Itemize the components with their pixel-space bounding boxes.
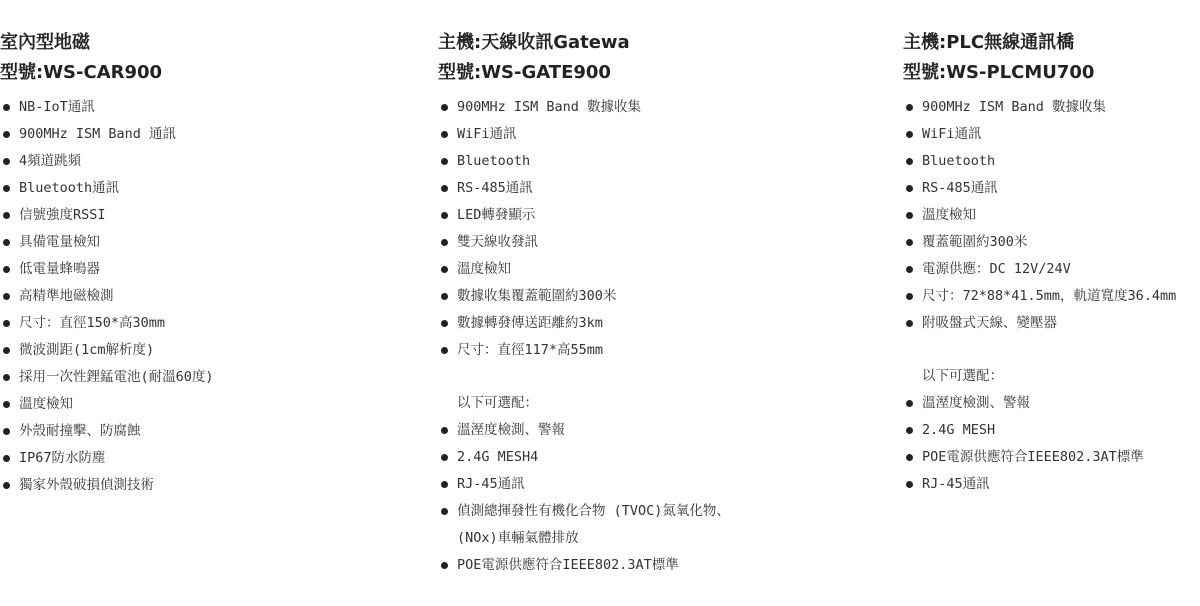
feature-text: 900MHz ISM Band 數據收集 <box>457 99 641 115</box>
product-model: 型號:WS-GATE900 <box>438 58 730 88</box>
feature-text: 信號強度RSSI <box>19 207 106 223</box>
feature-item: RS-485通訊 <box>438 175 730 202</box>
product-title: 主機:天線收訊Gatewa <box>438 28 730 58</box>
feature-text: 溫度檢知 <box>922 207 976 223</box>
bullet-icon <box>3 482 10 489</box>
feature-text: IP67防水防塵 <box>19 450 106 466</box>
bullet-icon <box>441 239 448 246</box>
optional-list: 溫溼度檢測、警報 2.4G MESH4 RJ-45通訊 偵測總揮發性有機化合物 … <box>438 417 730 579</box>
bullet-icon <box>441 454 448 461</box>
optional-text: 2.4G MESH <box>922 422 995 438</box>
feature-item: Bluetooth <box>903 148 1176 175</box>
feature-text: 數據轉發傳送距離約3km <box>457 315 603 331</box>
feature-item: 低電量蜂鳴器 <box>0 256 214 283</box>
feature-item: 尺寸：直徑117*高55mm <box>438 337 730 364</box>
bullet-icon <box>441 508 448 515</box>
bullet-icon <box>441 266 448 273</box>
bullet-icon <box>3 104 10 111</box>
bullet-icon <box>441 293 448 300</box>
feature-text: 900MHz ISM Band 數據收集 <box>922 99 1106 115</box>
feature-text: WiFi通訊 <box>922 126 982 142</box>
optional-text: RJ-45通訊 <box>922 476 990 492</box>
bullet-icon <box>441 427 448 434</box>
feature-item: 微波測距(1cm解析度) <box>0 337 214 364</box>
feature-item: 尺寸：直徑150*高30mm <box>0 310 214 337</box>
bullet-icon <box>441 104 448 111</box>
feature-item: LED轉發顯示 <box>438 202 730 229</box>
feature-item: 採用一次性鋰錳電池(耐溫60度) <box>0 364 214 391</box>
feature-item: 溫度檢知 <box>438 256 730 283</box>
optional-text: 溫溼度檢測、警報 <box>922 395 1030 411</box>
feature-text: RS-485通訊 <box>922 180 998 196</box>
feature-text: 溫度檢知 <box>19 396 73 412</box>
feature-item: 具備電量檢知 <box>0 229 214 256</box>
feature-text: Bluetooth通訊 <box>19 180 119 196</box>
product-model: 型號:WS-CAR900 <box>0 58 214 88</box>
feature-text: LED轉發顯示 <box>457 207 535 223</box>
bullet-icon <box>3 401 10 408</box>
bullet-icon <box>906 293 913 300</box>
optional-item: 2.4G MESH <box>903 417 1176 444</box>
optional-list: 溫溼度檢測、警報 2.4G MESH POE電源供應符合IEEE802.3AT標… <box>903 390 1176 498</box>
feature-item: WiFi通訊 <box>903 121 1176 148</box>
feature-list: NB-IoT通訊 900MHz ISM Band 通訊 4頻道跳頻 Blueto… <box>0 94 214 499</box>
feature-item: 附吸盤式天線、變壓器 <box>903 310 1176 337</box>
feature-item: Bluetooth通訊 <box>0 175 214 202</box>
bullet-icon <box>3 347 10 354</box>
bullet-icon <box>3 428 10 435</box>
feature-item: 獨家外殼破損偵測技術 <box>0 472 214 499</box>
feature-item: 溫度檢知 <box>0 391 214 418</box>
bullet-icon <box>441 481 448 488</box>
feature-item: 尺寸：72*88*41.5mm，軌道寬度36.4mm <box>903 283 1176 310</box>
bullet-icon <box>441 562 448 569</box>
product-title: 室內型地磁 <box>0 28 214 58</box>
feature-item: 溫度檢知 <box>903 202 1176 229</box>
feature-text: 數據收集覆蓋範圍約300米 <box>457 288 616 304</box>
feature-item: 數據收集覆蓋範圍約300米 <box>438 283 730 310</box>
bullet-icon <box>3 293 10 300</box>
bullet-icon <box>441 212 448 219</box>
product-model: 型號:WS-PLCMU700 <box>903 58 1176 88</box>
optional-text: POE電源供應符合IEEE802.3AT標準 <box>457 557 679 573</box>
feature-text: 尺寸：直徑117*高55mm <box>457 342 603 358</box>
feature-item: 數據轉發傳送距離約3km <box>438 310 730 337</box>
feature-item: 900MHz ISM Band 數據收集 <box>903 94 1176 121</box>
feature-text: Bluetooth <box>922 153 995 169</box>
bullet-icon <box>906 320 913 327</box>
optional-text-line-2: (NOx)車輛氣體排放 <box>457 525 730 552</box>
feature-item: 雙天線收發訊 <box>438 229 730 256</box>
bullet-icon <box>3 131 10 138</box>
product-column-plcmu700: 主機:PLC無線通訊橋 型號:WS-PLCMU700 900MHz ISM Ba… <box>903 28 1176 498</box>
feature-text: 附吸盤式天線、變壓器 <box>922 315 1057 331</box>
feature-text: WiFi通訊 <box>457 126 517 142</box>
optional-label: 以下可選配： <box>438 390 730 417</box>
spacer <box>903 337 1176 363</box>
bullet-icon <box>441 320 448 327</box>
feature-text: 尺寸：直徑150*高30mm <box>19 315 165 331</box>
bullet-icon <box>3 185 10 192</box>
feature-item: RS-485通訊 <box>903 175 1176 202</box>
optional-label: 以下可選配： <box>903 363 1176 390</box>
feature-item: 900MHz ISM Band 通訊 <box>0 121 214 148</box>
optional-item: 偵測總揮發性有機化合物 (TVOC)氮氧化物、(NOx)車輛氣體排放 <box>438 498 730 552</box>
bullet-icon <box>906 185 913 192</box>
feature-text: 雙天線收發訊 <box>457 234 538 250</box>
optional-text: 溫溼度檢測、警報 <box>457 422 565 438</box>
feature-text: 獨家外殼破損偵測技術 <box>19 477 154 493</box>
feature-text: 尺寸：72*88*41.5mm，軌道寬度36.4mm <box>922 288 1176 304</box>
bullet-icon <box>441 347 448 354</box>
optional-item: RJ-45通訊 <box>438 471 730 498</box>
bullet-icon <box>441 131 448 138</box>
bullet-icon <box>3 158 10 165</box>
feature-text: 電源供應：DC 12V/24V <box>922 261 1071 277</box>
feature-text: 高精準地磁檢測 <box>19 288 114 304</box>
feature-text: NB-IoT通訊 <box>19 99 95 115</box>
feature-text: 採用一次性鋰錳電池(耐溫60度) <box>19 369 214 385</box>
bullet-icon <box>3 320 10 327</box>
bullet-icon <box>906 266 913 273</box>
bullet-icon <box>906 427 913 434</box>
bullet-icon <box>906 212 913 219</box>
feature-list: 900MHz ISM Band 數據收集 WiFi通訊 Bluetooth RS… <box>438 94 730 364</box>
feature-text: 覆蓋範圍約300米 <box>922 234 1027 250</box>
feature-text: 900MHz ISM Band 通訊 <box>19 126 176 142</box>
feature-item: 信號強度RSSI <box>0 202 214 229</box>
feature-item: 覆蓋範圍約300米 <box>903 229 1176 256</box>
optional-item: POE電源供應符合IEEE802.3AT標準 <box>903 444 1176 471</box>
bullet-icon <box>906 131 913 138</box>
feature-item: NB-IoT通訊 <box>0 94 214 121</box>
feature-item: 電源供應：DC 12V/24V <box>903 256 1176 283</box>
product-title: 主機:PLC無線通訊橋 <box>903 28 1176 58</box>
bullet-icon <box>906 481 913 488</box>
feature-item: 高精準地磁檢測 <box>0 283 214 310</box>
bullet-icon <box>906 454 913 461</box>
feature-text: 具備電量檢知 <box>19 234 100 250</box>
optional-item: 溫溼度檢測、警報 <box>438 417 730 444</box>
bullet-icon <box>3 239 10 246</box>
optional-text: 2.4G MESH4 <box>457 449 538 465</box>
feature-text: RS-485通訊 <box>457 180 533 196</box>
feature-text: 低電量蜂鳴器 <box>19 261 100 277</box>
feature-item: IP67防水防塵 <box>0 445 214 472</box>
bullet-icon <box>3 374 10 381</box>
feature-list: 900MHz ISM Band 數據收集 WiFi通訊 Bluetooth RS… <box>903 94 1176 337</box>
optional-item: POE電源供應符合IEEE802.3AT標準 <box>438 552 730 579</box>
feature-item: 900MHz ISM Band 數據收集 <box>438 94 730 121</box>
feature-text: 4頻道跳頻 <box>19 153 81 169</box>
product-column-gate900: 主機:天線收訊Gatewa 型號:WS-GATE900 900MHz ISM B… <box>438 28 730 579</box>
optional-text: POE電源供應符合IEEE802.3AT標準 <box>922 449 1144 465</box>
optional-item: RJ-45通訊 <box>903 471 1176 498</box>
optional-text-line-1: 偵測總揮發性有機化合物 (TVOC)氮氧化物、 <box>457 498 730 525</box>
bullet-icon <box>906 239 913 246</box>
bullet-icon <box>906 158 913 165</box>
feature-text: 外殼耐撞擊、防腐蝕 <box>19 423 141 439</box>
feature-text: 溫度檢知 <box>457 261 511 277</box>
optional-text: RJ-45通訊 <box>457 476 525 492</box>
bullet-icon <box>3 455 10 462</box>
feature-item: Bluetooth <box>438 148 730 175</box>
feature-text: 微波測距(1cm解析度) <box>19 342 154 358</box>
bullet-icon <box>906 400 913 407</box>
feature-item: WiFi通訊 <box>438 121 730 148</box>
feature-item: 外殼耐撞擊、防腐蝕 <box>0 418 214 445</box>
optional-item: 2.4G MESH4 <box>438 444 730 471</box>
spacer <box>438 364 730 390</box>
bullet-icon <box>3 266 10 273</box>
bullet-icon <box>441 185 448 192</box>
feature-item: 4頻道跳頻 <box>0 148 214 175</box>
product-column-car900: 室內型地磁 型號:WS-CAR900 NB-IoT通訊 900MHz ISM B… <box>0 28 214 499</box>
optional-item: 溫溼度檢測、警報 <box>903 390 1176 417</box>
feature-text: Bluetooth <box>457 153 530 169</box>
bullet-icon <box>441 158 448 165</box>
bullet-icon <box>906 104 913 111</box>
bullet-icon <box>3 212 10 219</box>
